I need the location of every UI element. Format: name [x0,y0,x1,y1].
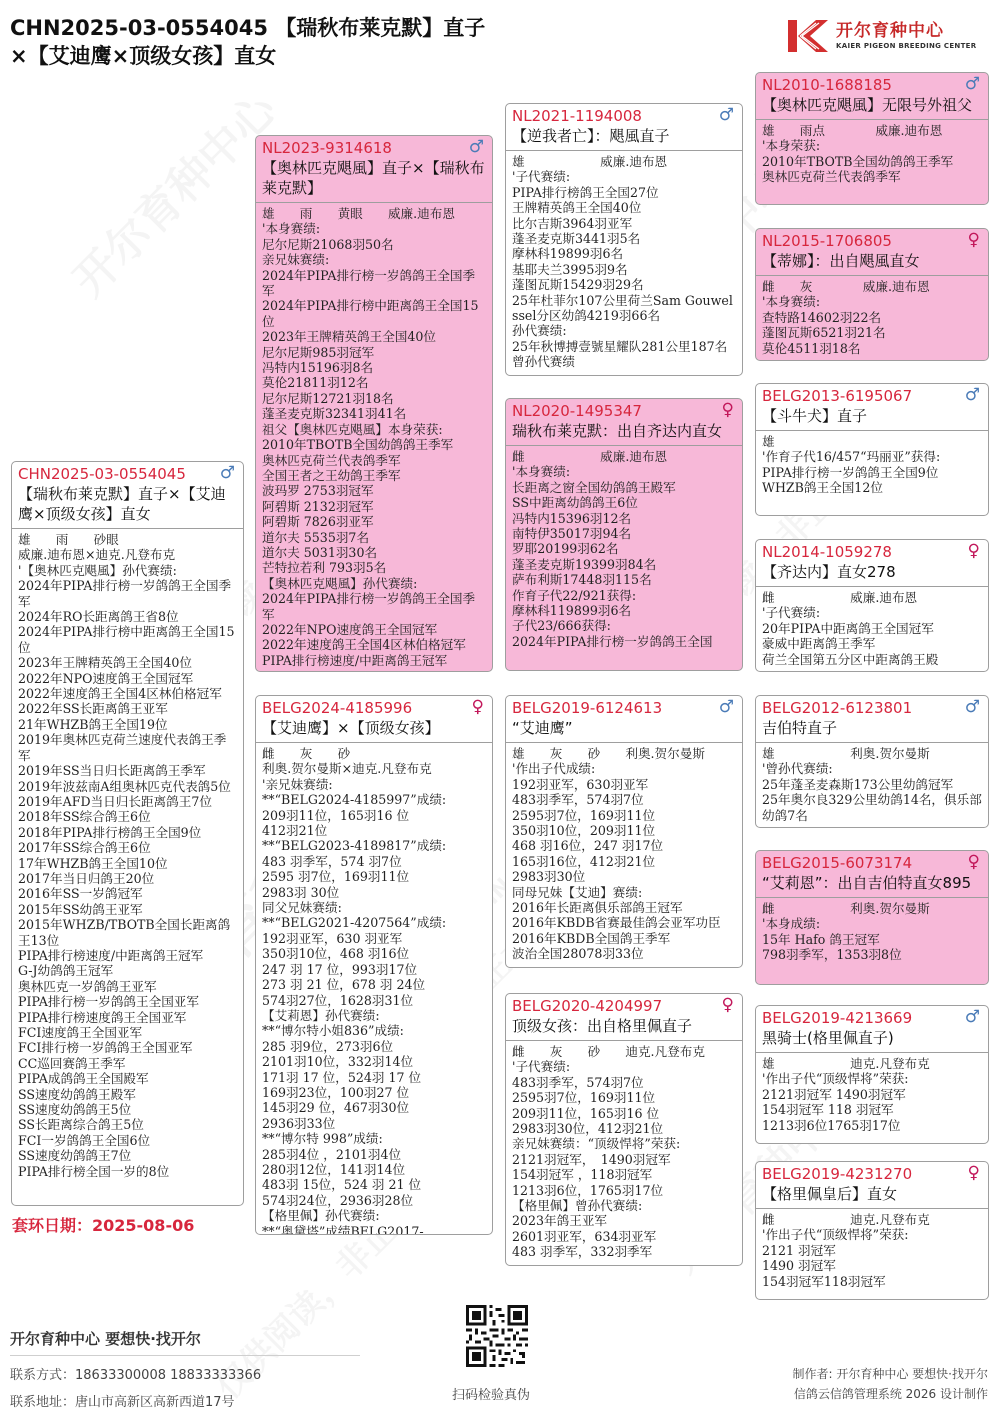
pigeon-name: 【斗牛犬】直子 [762,406,982,426]
footer-contact: 开尔育种中心 要想快·找开尔 联系方式：18633300008 18833333… [10,1328,360,1410]
logo-name-en: KAIER PIGEON BREEDING CENTER [836,41,976,51]
pigeon-details: 雌 威廉.迪布恩 '本身赛绩: 长距离之窗全国幼鸽鸽王殿军 SS中距离幼鸽鸽王6… [506,446,742,652]
pigeon-name: 【奥林匹克飓風】无限号外祖父 [762,95,982,115]
sd-sire-card[interactable]: BELG2013-6195067 ♂ 【斗牛犬】直子 雄 '作育子代16/457… [755,383,989,516]
logo: 开尔育种中心 KAIER PIGEON BREEDING CENTER [786,16,986,56]
sire-sire-card[interactable]: NL2021-1194008 ♂ 【逆我者亡】：飓風直子 雄 威廉.迪布恩 '子… [505,103,743,376]
ring-number: BELG2019-4213669 [762,1009,982,1028]
pigeon-name: 【蒂娜】：出自飓風直女 [762,251,982,271]
pigeon-details: 雌 灰 威廉.迪布恩 '本身赛绩: 查特路14602羽22名 蓬图瓦斯6521羽… [756,276,988,359]
pigeon-details: 雌 灰 砂 利奥.贺尔曼斯×迪克.凡登布克 '亲兄妹赛绩: **“BELG202… [256,743,492,1235]
female-icon: ♀ [472,698,484,716]
sd-dam-card[interactable]: NL2014-1059278 ♀ 【齐达内】直女278 雌 威廉.迪布恩 '子代… [755,539,989,672]
male-icon: ♂ [965,75,980,93]
female-icon: ♀ [722,996,734,1014]
male-icon: ♂ [469,138,484,156]
card-header: BELG2019-4213669 ♂ 黑骑士(格里佩直子) [756,1006,988,1053]
male-icon: ♂ [965,386,980,404]
maker-credit: 制作者: 开尔育种中心 要想快·找开尔 [793,1364,989,1384]
sire-card[interactable]: NL2023-9314618 ♂ 【奥林匹克飓風】直子×【瑞秋布莱克默】 雄 雨… [255,135,493,672]
pigeon-details: 雌 利奥.贺尔曼斯 '本身成绩: 15年 Hafo 鸽王冠军 798羽季军，13… [756,898,988,966]
female-icon: ♀ [968,542,980,560]
card-header: BELG2020-4204997 ♀ 顶级女孩：出自格里佩直子 [506,994,742,1041]
ring-number: CHN2025-03-0554045 [18,465,237,484]
pigeon-name: 吉伯特直子 [762,718,982,738]
card-header: BELG2024-4185996 ♀ 【艾迪鹰】×【顶级女孩】 [256,696,492,743]
contact-address: 联系地址：唐山市高新区高新西道17号 [10,1391,360,1410]
card-header: CHN2025-03-0554045 ♂ 【瑞秋布莱克默】直子×【艾迪鹰×顶级女… [12,462,243,529]
sire-dam-card[interactable]: NL2020-1495347 ♀ 瑞秋布莱克默：出自齐达内直女 雌 威廉.迪布恩… [505,398,743,671]
pigeon-details: 雄 迪克.凡登布克 '作出子代“顶级悍将”荣获: 2121羽冠军 1490羽冠军… [756,1053,988,1136]
card-header: BELG2015-6073174 ♀ “艾莉恩”：出自吉伯特直女895 [756,851,988,898]
female-icon: ♀ [968,231,980,249]
pigeon-name: 【艾迪鹰】×【顶级女孩】 [262,718,486,738]
card-header: NL2010-1688185 ♂ 【奥林匹克飓風】无限号外祖父 [756,73,988,120]
ds-sire-card[interactable]: BELG2012-6123801 ♂ 吉伯特直子 雄 利奥.贺尔曼斯 '曾孙代赛… [755,695,989,828]
ring-number: NL2023-9314618 [262,139,486,158]
pigeon-details: 雄 威廉.迪布恩 '子代赛绩: PIPA排行榜鸽王全国27位 王牌精英鸽王全国4… [506,151,742,373]
male-icon: ♂ [965,1008,980,1026]
card-header: NL2020-1495347 ♀ 瑞秋布莱克默：出自齐达内直女 [506,399,742,446]
qr-code-icon[interactable] [466,1305,528,1367]
pigeon-details: 雄 '作育子代16/457“玛丽亚”获得: PIPA排行榜一岁鸽鸽王全国9位 W… [756,431,988,499]
pigeon-details: 雄 利奥.贺尔曼斯 '曾孙代赛绩: 25年蓬圣麦森斯173公里幼鸽冠军 25年奥… [756,743,988,826]
footer-brand: 开尔育种中心 要想快·找开尔 [10,1328,360,1356]
ring-number: BELG2024-4185996 [262,699,486,718]
qr-caption: 扫码检验真伪 [452,1384,530,1403]
female-icon: ♀ [722,401,734,419]
male-icon: ♂ [965,698,980,716]
card-header: BELG2012-6123801 ♂ 吉伯特直子 [756,696,988,743]
pigeon-name: 【格里佩皇后】直女 [762,1184,982,1204]
card-header: BELG2019-4231270 ♀ 【格里佩皇后】直女 [756,1162,988,1209]
system-credit: 信鸽云信鸽管理系统 2026 设计制作 [793,1384,989,1404]
dd-dam-card[interactable]: BELG2019-4231270 ♀ 【格里佩皇后】直女 雌 迪克.凡登布克 '… [755,1161,989,1300]
female-icon: ♀ [968,853,980,871]
pigeon-name: 瑞秋布莱克默：出自齐达内直女 [512,421,736,441]
male-icon: ♂ [719,698,734,716]
ring-number: NL2014-1059278 [762,543,982,562]
pigeon-name: 黑骑士(格里佩直子) [762,1028,982,1048]
pigeon-details: 雌 迪克.凡登布克 '作出子代“顶级悍将”荣获: 2121 羽冠军 1490 羽… [756,1209,988,1292]
pigeon-name: 【瑞秋布莱克默】直子×【艾迪鹰×顶级女孩】直女 [18,484,237,524]
contact-phone: 联系方式：18633300008 18833333366 [10,1364,360,1383]
ss-sire-card[interactable]: NL2010-1688185 ♂ 【奥林匹克飓風】无限号外祖父 雄 雨点 威廉.… [755,72,989,205]
card-header: BELG2019-6124613 ♂ “艾迪鹰” [506,696,742,743]
ring-number: BELG2019-4231270 [762,1165,982,1184]
ss-dam-card[interactable]: NL2015-1706805 ♀ 【蒂娜】：出自飓風直女 雌 灰 威廉.迪布恩 … [755,228,989,361]
card-header: NL2021-1194008 ♂ 【逆我者亡】：飓風直子 [506,104,742,151]
pigeon-details: 雄 雨点 威廉.迪布恩 '本身荣获: 2010年TBOTB全国幼鸽鸽王季军 奥林… [756,120,988,188]
ring-number: BELG2019-6124613 [512,699,736,718]
pigeon-name: “艾迪鹰” [512,718,736,738]
pigeon-details: 雄 灰 砂 利奥.贺尔曼斯 '作出子代成绩: 192羽亚军，630羽亚军 483… [506,743,742,965]
dam-card[interactable]: BELG2024-4185996 ♀ 【艾迪鹰】×【顶级女孩】 雌 灰 砂 利奥… [255,695,493,1235]
card-header: NL2015-1706805 ♀ 【蒂娜】：出自飓風直女 [756,229,988,276]
page-title: CHN2025-03-0554045 【瑞秋布莱克默】直子×【艾迪鹰×顶级女孩】… [10,14,490,70]
ring-number: BELG2012-6123801 [762,699,982,718]
ring-number: NL2010-1688185 [762,76,982,95]
logo-name-cn: 开尔育种中心 [836,21,976,41]
ds-dam-card[interactable]: BELG2015-6073174 ♀ “艾莉恩”：出自吉伯特直女895 雌 利奥… [755,850,989,985]
male-icon: ♂ [719,106,734,124]
ring-number: NL2021-1194008 [512,107,736,126]
kaier-logo-icon [786,18,830,54]
dd-sire-card[interactable]: BELG2019-4213669 ♂ 黑骑士(格里佩直子) 雄 迪克.凡登布克 … [755,1005,989,1144]
pigeon-name: 【逆我者亡】：飓風直子 [512,126,736,146]
pigeon-name: “艾莉恩”：出自吉伯特直女895 [762,873,982,893]
ring-number: BELG2015-6073174 [762,854,982,873]
subject-card[interactable]: CHN2025-03-0554045 ♂ 【瑞秋布莱克默】直子×【艾迪鹰×顶级女… [11,461,244,1206]
card-header: NL2023-9314618 ♂ 【奥林匹克飓風】直子×【瑞秋布莱克默】 [256,136,492,203]
ring-number: BELG2020-4204997 [512,997,736,1016]
ring-number: NL2015-1706805 [762,232,982,251]
pigeon-details: 雌 灰 砂 迪克.凡登布克 '子代赛绩: 483羽季军，574羽7位 2595羽… [506,1041,742,1263]
footer-credits: 制作者: 开尔育种中心 要想快·找开尔 信鸽云信鸽管理系统 2026 设计制作 [793,1364,989,1404]
pigeon-details: 雄 雨 砂眼 威廉.迪布恩×迪克.凡登布克 '【奥林匹克飓風】孙代赛绩: 202… [12,529,243,1182]
ring-number: NL2020-1495347 [512,402,736,421]
pigeon-name: 【齐达内】直女278 [762,562,982,582]
pigeon-details: 雌 威廉.迪布恩 '子代赛绩: 20年PIPA中距离鸽王全国冠军 豪威中距离鸽王… [756,587,988,670]
card-header: BELG2013-6195067 ♂ 【斗牛犬】直子 [756,384,988,431]
pigeon-details: 雄 雨 黄眼 威廉.迪布恩 '本身赛绩: 尼尔尼斯21068羽50名 亲兄妹赛绩… [256,203,492,671]
dam-sire-card[interactable]: BELG2019-6124613 ♂ “艾迪鹰” 雄 灰 砂 利奥.贺尔曼斯 '… [505,695,743,968]
pigeon-name: 【奥林匹克飓風】直子×【瑞秋布莱克默】 [262,158,486,198]
male-icon: ♂ [220,464,235,482]
watermark: 开尔育种中心 [56,76,288,308]
ring-number: BELG2013-6195067 [762,387,982,406]
dam-dam-card[interactable]: BELG2020-4204997 ♀ 顶级女孩：出自格里佩直子 雌 灰 砂 迪克… [505,993,743,1266]
banding-date: 套环日期：2025-08-06 [12,1213,194,1236]
female-icon: ♀ [968,1164,980,1182]
pigeon-name: 顶级女孩：出自格里佩直子 [512,1016,736,1036]
card-header: NL2014-1059278 ♀ 【齐达内】直女278 [756,540,988,587]
